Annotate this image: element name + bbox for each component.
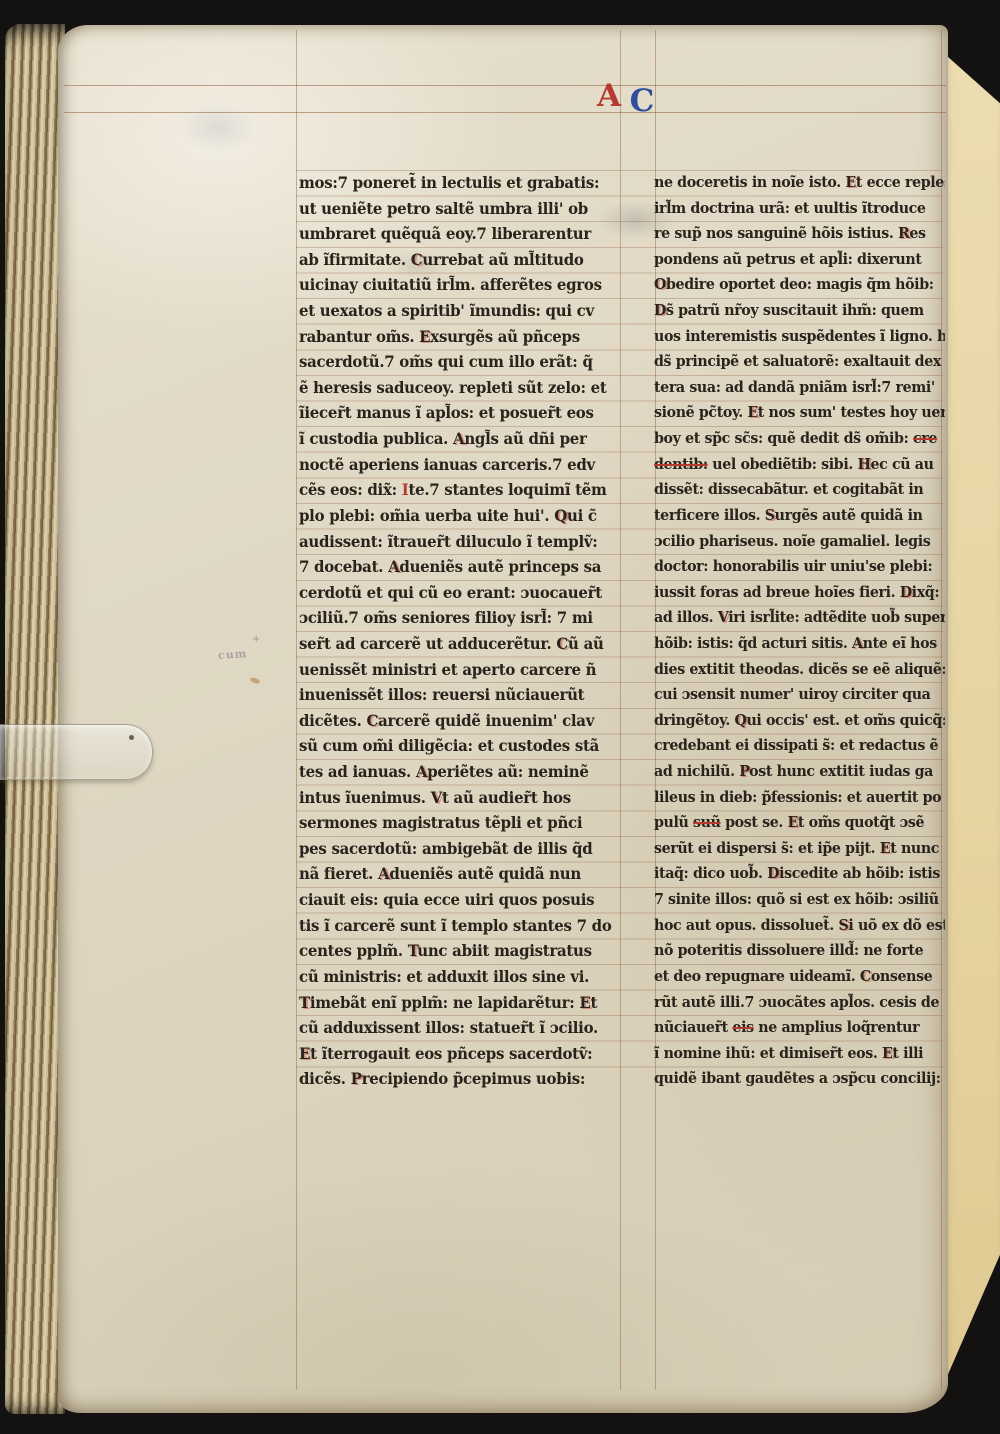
text-line: pondens aũ petrus et apl̃i: dixerunt <box>654 247 945 273</box>
red-touched-capital: Q <box>734 712 746 729</box>
text-line: hoc aut opus. dissoluet̃. Si uõ ex dõ es… <box>654 913 945 939</box>
text-line: itaq̃: dico uob̃. Discedite ab hõib: ist… <box>654 861 945 887</box>
text-segment: hõib: istis: q̃d acturi sitis. <box>654 635 852 652</box>
text-segment: noctẽ aperiens ianuas carceris.7 edv <box>299 455 595 474</box>
text-segment: tis ĩ carcerẽ sunt ĩ templo stantes 7 do <box>299 916 612 935</box>
text-line: dissẽt: dissecabãtur. et cogitabãt in <box>654 477 945 503</box>
text-segment: serũt ei dispersi s̃: et ip̃e pijt. <box>654 840 880 857</box>
margin-cross-mark: + <box>252 634 260 645</box>
text-segment: ad nichilũ. <box>654 763 739 780</box>
text-segment: dueniẽs autẽ princeps sa <box>399 557 601 576</box>
text-segment: sũ cum om̃i diligẽcia: et custodes stã <box>299 736 599 755</box>
red-touched-capital: D <box>654 302 666 319</box>
text-line: tera sua: ad dandã pniãm isrl̃:7 remi' <box>654 375 945 401</box>
text-line: centes pplm̃. Tunc abiit magistratus <box>299 938 622 964</box>
text-line: dringẽtoy. Qui occis' est. et om̃s quicq… <box>654 708 945 734</box>
text-segment: quidẽ ibant gaudẽtes a ɔsp̃cu concilij: <box>654 1070 941 1087</box>
text-segment: ngl̃s aũ dñi per <box>464 429 586 448</box>
text-line: ẽ heresis saduceoy. repleti sũt zelo: et <box>299 375 622 401</box>
text-segment: bedire oportet deo: magis q̃m hõib: <box>666 276 934 293</box>
text-segment: recipiendo p̃cepimus uobis: <box>362 1069 586 1088</box>
text-line: boy et sp̃c sc̃s: quẽ dedit ds̃ om̃ib: c… <box>654 426 945 452</box>
text-segment: t nos sum' testes hoy uer <box>758 404 945 421</box>
text-line: serũt ei dispersi s̃: et ip̃e pijt. Et n… <box>654 836 945 862</box>
text-segment: cui ɔsensit numer' uiroy circiter qua <box>654 686 930 703</box>
text-line: sermones magistratus tẽpli et pñci <box>299 810 622 836</box>
text-segment: arcerẽ quidẽ inuenim' clav <box>378 711 594 730</box>
text-segment: s̃ patrũ nr̃oy suscitauit ihm̃: quem <box>666 302 924 319</box>
red-touched-capital: S <box>838 917 848 934</box>
text-segment: t aũ audier̃t hos <box>442 788 571 807</box>
text-segment: credebant ei dissipati s̃: et redactus ẽ <box>654 737 938 754</box>
text-segment: et uexatos a spiritib' ĩmundis: qui cv <box>299 301 594 320</box>
text-line: ser̃t ad carcerẽ ut adducerẽtur. Cũ aũ <box>299 631 622 657</box>
book-page-edges <box>5 24 65 1414</box>
expunged-word: cre <box>913 430 937 447</box>
red-touched-capital: C <box>860 968 871 985</box>
text-segment: uenissẽt ministri et aperto carcere ñ <box>299 660 596 679</box>
text-line: dentib: uel obediẽtib: sibi. Hec cũ au <box>654 452 945 478</box>
text-line: ut ueniẽte petro saltẽ umbra illi' ob <box>299 196 622 222</box>
text-line: quidẽ ibant gaudẽtes a ɔsp̃cu concilij: <box>654 1066 945 1092</box>
red-touched-capital: S <box>765 507 775 524</box>
text-column-right: ne doceretis in noĩe isto. Et ecce reple… <box>654 170 945 1092</box>
text-segment: unc abiit magistratus <box>417 941 592 960</box>
text-line: cẽs eos: dix̃: Ite.7 stantes loquimĩ tẽm <box>299 477 622 503</box>
red-touched-capital: R <box>898 225 909 242</box>
text-line: nã fieret. Adueniẽs autẽ quidã nun <box>299 861 622 887</box>
expunged-word: eis <box>732 1019 753 1036</box>
red-touched-capital: E <box>880 840 890 857</box>
margin-annotation: cum <box>218 647 248 662</box>
text-line: rabantur om̃s. Exsurgẽs aũ pñceps <box>299 324 622 350</box>
text-segment: ne doceretis in noĩe isto. <box>654 174 845 191</box>
text-segment: rũt autẽ illi.7 ɔuocãtes apl̃os. cesis d… <box>654 994 939 1011</box>
text-segment: ɔciliũ.7 om̃s seniores filioy isrl̃: 7 m… <box>299 608 593 627</box>
text-segment: pulũ <box>654 814 693 831</box>
red-touched-capital: O <box>654 276 666 293</box>
text-segment: te.7 stantes loquimĩ tẽm <box>408 480 606 499</box>
text-segment: periẽtes aũ: neminẽ <box>427 762 588 781</box>
text-segment: ser̃t ad carcerẽ ut adducerẽtur. <box>299 634 556 653</box>
text-line: ĩiecer̃t manus ĩ apl̃os: et posuer̃t eos <box>299 400 622 426</box>
text-segment: cũ adduxissent illos: statuer̃t ĩ ɔcilio… <box>299 1018 598 1037</box>
text-line: Timebãt enĩ pplm̃: ne lapidarẽtur: Et <box>299 990 622 1016</box>
text-segment: itaq̃: dico uob̃. <box>654 865 767 882</box>
text-line: cerdotũ et qui cũ eo erant: ɔuocauer̃t <box>299 580 622 606</box>
text-segment: nã fieret. <box>299 864 378 883</box>
text-line: 7 docebat. Adueniẽs autẽ princeps sa <box>299 554 622 580</box>
text-segment: ds̃ principẽ et saluatorẽ: exaltauit dex <box>654 353 941 370</box>
text-segment: t nunc <box>890 840 939 857</box>
red-touched-capital: H <box>857 456 870 473</box>
text-segment: imebãt enĩ pplm̃: ne lapidarẽtur: <box>310 993 580 1012</box>
text-segment: iussit foras ad breue hoĩes fieri. <box>654 584 900 601</box>
red-touched-capital: C <box>411 250 423 269</box>
text-segment: umbraret quẽquã eoy.7 liberarentur <box>299 224 591 243</box>
text-line: dicẽs. Precipiendo p̃cepimus uobis: <box>299 1066 622 1092</box>
text-line: ĩ nomine ihũ: et dimiser̃t eos. Et illi <box>654 1041 945 1067</box>
text-line: irl̃m doctrina urã: et uultis ĩtroduce <box>654 196 945 222</box>
text-line: ad nichilũ. Post hunc extitit iudas ga <box>654 759 945 785</box>
red-touched-capital: D <box>767 865 779 882</box>
text-line: Et ĩterrogauit eos pñceps sacerdotṽ: <box>299 1041 622 1067</box>
text-line: pulũ suũ post se. Et om̃s quotq̃t ɔsẽ <box>654 810 945 836</box>
text-line: tis ĩ carcerẽ sunt ĩ templo stantes 7 do <box>299 913 622 939</box>
text-column-left: mos:7 poneret̃ in lectulis et grabatis:u… <box>299 170 622 1092</box>
text-segment: mos:7 poneret̃ in lectulis et grabatis: <box>299 173 599 192</box>
page-holder-clip <box>0 724 153 780</box>
text-segment: doctor: honorabilis uir uniu'se plebi: <box>654 558 932 575</box>
text-segment: dicẽtes. <box>299 711 367 730</box>
text-line: plo plebi: om̃ia uerba uite hui'. Qui c̃ <box>299 503 622 529</box>
text-line: ad illos. Viri isrl̃ite: adtẽdite uob̃ s… <box>654 605 945 631</box>
text-segment: nũciauer̃t <box>654 1019 732 1036</box>
text-line: lileus in dieb: p̃fessionis: et auertit … <box>654 785 945 811</box>
text-segment: ixq̃: <box>912 584 940 601</box>
ruling-header-line-bottom <box>64 112 946 113</box>
running-title: A C <box>597 81 654 111</box>
text-segment: urrebat aũ ml̃titudo <box>422 250 583 269</box>
text-segment: inuenissẽt illos: reuersi nũciauerũt <box>299 685 584 704</box>
text-segment: centes pplm̃. <box>299 941 408 960</box>
red-touched-capital: V <box>718 609 728 626</box>
text-segment: ui c̃ <box>567 506 597 525</box>
text-line: intus ĩuenimus. Vt aũ audier̃t hos <box>299 785 622 811</box>
running-title-letter-a: A <box>597 81 621 111</box>
text-segment: lileus in dieb: p̃fessionis: et auertit … <box>654 789 941 806</box>
text-segment: post se. <box>721 814 788 831</box>
text-segment: t ĩterrogauit eos pñceps sacerdotṽ: <box>310 1044 592 1063</box>
text-line: audissent: ĩtrauer̃t diluculo ĩ templṽ: <box>299 529 622 555</box>
text-line: terficere illos. Surgẽs autẽ quidã in <box>654 503 945 529</box>
text-segment: onsense <box>871 968 933 985</box>
text-segment: dies extitit theodas. dicẽs se eẽ aliquẽ… <box>654 661 945 678</box>
text-segment: ut ueniẽte petro saltẽ umbra illi' ob <box>299 199 588 218</box>
red-touched-capital: E <box>419 327 430 346</box>
red-touched-capital: E <box>299 1044 310 1063</box>
red-touched-capital: P <box>739 763 749 780</box>
text-segment: ũ aũ <box>568 634 604 653</box>
text-line: nõ poteritis dissoluere illd̃: ne forte <box>654 938 945 964</box>
text-segment: dicẽs. <box>299 1069 351 1088</box>
text-segment: cũ ministris: et adduxit illos sine vi. <box>299 967 589 986</box>
text-line: ɔcilio phariseus. noĩe gamaliel. legis <box>654 529 945 555</box>
text-line: Ds̃ patrũ nr̃oy suscitauit ihm̃: quem <box>654 298 945 324</box>
text-line: nũciauer̃t eis ne amplius loq̃rentur <box>654 1015 945 1041</box>
red-touched-capital: E <box>882 1045 892 1062</box>
text-line: doctor: honorabilis uir uniu'se plebi: <box>654 554 945 580</box>
text-segment: intus ĩuenimus. <box>299 788 431 807</box>
text-line: ab ĩfirmitate. Currebat aũ ml̃titudo <box>299 247 622 273</box>
red-touched-capital: T <box>299 993 310 1012</box>
text-segment: ĩiecer̃t manus ĩ apl̃os: et posuer̃t eos <box>299 403 594 422</box>
text-segment: sermones magistratus tẽpli et pñci <box>299 813 582 832</box>
red-touched-capital: P <box>351 1069 362 1088</box>
text-segment: tera sua: ad dandã pniãm isrl̃:7 remi' <box>654 379 935 396</box>
text-segment: i uõ ex dõ est: <box>848 917 945 934</box>
text-line: Obedire oportet deo: magis q̃m hõib: <box>654 272 945 298</box>
text-line: ciauit eis: quia ecce uiri quos posuis <box>299 887 622 913</box>
text-line: inuenissẽt illos: reuersi nũciauerũt <box>299 682 622 708</box>
text-segment: ĩ custodia publica. <box>299 429 453 448</box>
red-touched-capital: E <box>747 404 757 421</box>
text-segment: 7 sinite illos: quõ si est ex hõib: ɔsil… <box>654 891 939 908</box>
text-segment: t illi <box>892 1045 923 1062</box>
red-touched-capital: T <box>408 941 417 960</box>
text-segment: ẽ heresis saduceoy. repleti sũt zelo: et <box>299 378 607 397</box>
text-line: et uexatos a spiritib' ĩmundis: qui cv <box>299 298 622 324</box>
text-segment: rabantur om̃s. <box>299 327 419 346</box>
text-segment: dringẽtoy. <box>654 712 734 729</box>
text-line: credebant ei dissipati s̃: et redactus ẽ <box>654 733 945 759</box>
text-segment: ost hunc extitit iudas ga <box>749 763 933 780</box>
text-line: sionẽ pc̃toy. Et nos sum' testes hoy uer <box>654 400 945 426</box>
text-line: uicinay ciuitatiũ irl̃m. afferẽtes egros <box>299 272 622 298</box>
text-segment: dissẽt: dissecabãtur. et cogitabãt in <box>654 481 923 498</box>
text-segment: 7 docebat. <box>299 557 388 576</box>
text-line: noctẽ aperiens ianuas carceris.7 edv <box>299 452 622 478</box>
text-segment: re sup̃ nos sanguinẽ hõis istius. <box>654 225 898 242</box>
text-segment: ĩ nomine ihũ: et dimiser̃t eos. <box>654 1045 882 1062</box>
parchment-smudge <box>178 103 258 153</box>
text-line: sũ cum om̃i diligẽcia: et custodes stã <box>299 733 622 759</box>
text-segment: es <box>909 225 925 242</box>
text-line: 7 sinite illos: quõ si est ex hõib: ɔsil… <box>654 887 945 913</box>
text-segment: ad illos. <box>654 609 718 626</box>
red-touched-capital: Q <box>554 506 567 525</box>
text-segment: irl̃m doctrina urã: et uultis ĩtroduce <box>654 200 926 217</box>
expunged-word: dentib: <box>654 456 708 473</box>
red-touched-capital: E <box>579 993 590 1012</box>
text-line: re sup̃ nos sanguinẽ hõis istius. Res <box>654 221 945 247</box>
text-line: ds̃ principẽ et saluatorẽ: exaltauit dex <box>654 349 945 375</box>
text-segment: ciauit eis: quia ecce uiri quos posuis <box>299 890 594 909</box>
text-segment: ɔcilio phariseus. noĩe gamaliel. legis <box>654 533 930 550</box>
text-line: mos:7 poneret̃ in lectulis et grabatis: <box>299 170 622 196</box>
red-touched-capital: D <box>900 584 912 601</box>
text-segment: t <box>591 993 598 1012</box>
text-segment: uicinay ciuitatiũ irl̃m. afferẽtes egros <box>299 275 602 294</box>
text-segment: terficere illos. <box>654 507 765 524</box>
text-line: cũ ministris: et adduxit illos sine vi. <box>299 964 622 990</box>
red-touched-capital: A <box>852 635 863 652</box>
text-segment: cẽs eos: dix̃: <box>299 480 402 499</box>
text-segment: pes sacerdotũ: ambigebãt de illis q̃d <box>299 839 592 858</box>
text-segment: boy et sp̃c sc̃s: quẽ dedit ds̃ om̃ib: <box>654 430 913 447</box>
red-touched-capital: A <box>388 557 399 576</box>
text-line: sacerdotũ.7 om̃s qui cum illo erãt: q̃ <box>299 349 622 375</box>
text-segment: sacerdotũ.7 om̃s qui cum illo erãt: q̃ <box>299 352 593 371</box>
text-segment: tes ad ianuas. <box>299 762 416 781</box>
text-line: iussit foras ad breue hoĩes fieri. Dixq̃… <box>654 580 945 606</box>
text-segment: iscedite ab hõib: istis <box>779 865 940 882</box>
ruling-header-line-top <box>64 85 946 86</box>
text-line: cui ɔsensit numer' uiroy circiter qua <box>654 682 945 708</box>
text-line: hõib: istis: q̃d acturi sitis. Ante eĩ h… <box>654 631 945 657</box>
text-segment: hoc aut opus. dissoluet̃. <box>654 917 838 934</box>
text-line: pes sacerdotũ: ambigebãt de illis q̃d <box>299 836 622 862</box>
text-segment: nõ poteritis dissoluere illd̃: ne forte <box>654 942 923 959</box>
text-segment: sionẽ pc̃toy. <box>654 404 747 421</box>
next-page-edge <box>942 0 1000 1434</box>
text-segment: et deo repugnare uideamĩ. <box>654 968 860 985</box>
text-segment: t ecce replestĩ <box>856 174 945 191</box>
text-line: et deo repugnare uideamĩ. Consense <box>654 964 945 990</box>
text-segment: iri isrl̃ite: adtẽdite uob̃ super <box>728 609 945 626</box>
text-line: tes ad ianuas. Aperiẽtes aũ: neminẽ <box>299 759 622 785</box>
red-touched-capital: E <box>787 814 797 831</box>
red-touched-capital: C <box>556 634 568 653</box>
text-line: uenissẽt ministri et aperto carcere ñ <box>299 657 622 683</box>
red-touched-capital: C <box>367 711 379 730</box>
text-line: dies extitit theodas. dicẽs se eẽ aliquẽ… <box>654 657 945 683</box>
red-touched-capital: A <box>378 864 389 883</box>
expunged-word: suũ <box>693 814 721 831</box>
text-segment: uel obediẽtib: sibi. <box>708 456 858 473</box>
text-line: ĩ custodia publica. Angl̃s aũ dñi per <box>299 426 622 452</box>
text-segment: uos interemistis suspẽdentes ĩ ligno. hc… <box>654 328 945 345</box>
text-line: ɔciliũ.7 om̃s seniores filioy isrl̃: 7 m… <box>299 605 622 631</box>
text-segment: ec cũ au <box>871 456 934 473</box>
red-touched-capital: V <box>431 788 442 807</box>
text-segment: nte eĩ hos <box>863 635 937 652</box>
text-line: rũt autẽ illi.7 ɔuocãtes apl̃os. cesis d… <box>654 990 945 1016</box>
text-segment: audissent: ĩtrauer̃t diluculo ĩ templṽ: <box>299 532 598 551</box>
text-line: cũ adduxissent illos: statuer̃t ĩ ɔcilio… <box>299 1015 622 1041</box>
text-line: ne doceretis in noĩe isto. Et ecce reple… <box>654 170 945 196</box>
text-segment: plo plebi: om̃ia uerba uite hui'. <box>299 506 554 525</box>
text-segment: cerdotũ et qui cũ eo erant: ɔuocauer̃t <box>299 583 602 602</box>
text-segment: urgẽs autẽ quidã in <box>775 507 923 524</box>
text-line: dicẽtes. Carcerẽ quidẽ inuenim' clav <box>299 708 622 734</box>
running-title-letter-c: C <box>630 86 655 116</box>
photo-of-manuscript: { "running_title": { "left_letter": "A",… <box>0 0 1000 1434</box>
red-touched-capital: A <box>453 429 464 448</box>
red-touched-capital: A <box>416 762 427 781</box>
text-segment: ab ĩfirmitate. <box>299 250 411 269</box>
text-segment: pondens aũ petrus et apl̃i: dixerunt <box>654 251 922 268</box>
text-segment: dueniẽs autẽ quidã nun <box>389 864 581 883</box>
text-segment: ui occis' est. et om̃s quicq̃: <box>746 712 944 729</box>
text-segment: t om̃s quotq̃t ɔsẽ <box>798 814 924 831</box>
page-holder-pin <box>129 735 134 740</box>
text-line: uos interemistis suspẽdentes ĩ ligno. hc… <box>654 324 945 350</box>
text-segment: ne amplius loq̃rentur <box>754 1019 919 1036</box>
red-touched-capital: E <box>845 174 855 191</box>
text-segment: xsurgẽs aũ pñceps <box>430 327 580 346</box>
text-line: umbraret quẽquã eoy.7 liberarentur <box>299 221 622 247</box>
